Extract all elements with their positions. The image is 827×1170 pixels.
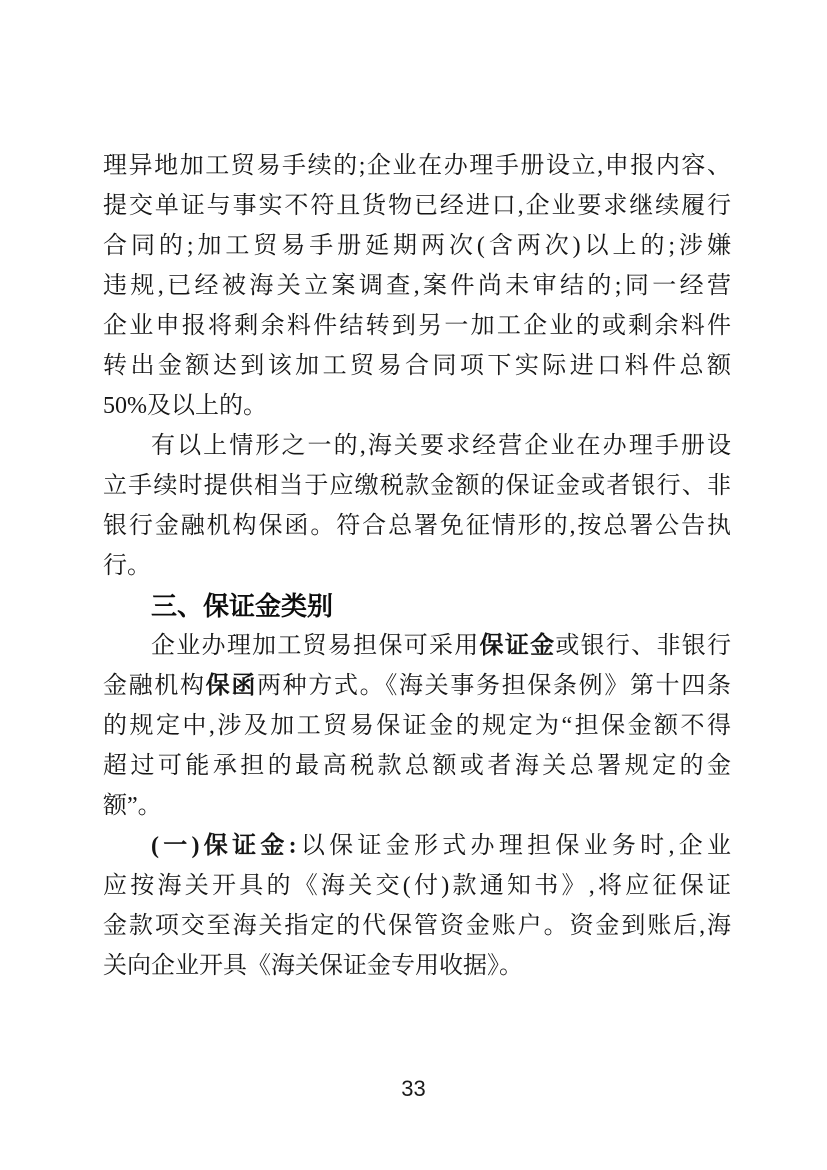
text-line: 50%及以上的。 (103, 386, 731, 426)
text-line: 有以上情形之一的,海关要求经营企业在办理手册设 (103, 426, 731, 466)
text-line: 金融机构保函两种方式。《海关事务担保条例》第十四条 (103, 666, 731, 706)
text-line: 合同的;加工贸易手册延期两次(含两次)以上的;涉嫌 (103, 226, 731, 266)
text-run: 有以上情形之一的,海关要求经营企业在办理手册设 (151, 433, 731, 459)
document-page: 理异地加工贸易手续的;企业在办理手册设立,申报内容、提交单证与事实不符且货物已经… (0, 0, 827, 1170)
text-run: 理异地加工贸易手续的;企业在办理手册设立,申报内容、 (103, 153, 731, 179)
text-line: 的规定中,涉及加工贸易保证金的规定为“担保金额不得 (103, 706, 731, 746)
page-footer: 33 (0, 1076, 827, 1102)
text-line: (一)保证金:以保证金形式办理担保业务时,企业 (103, 826, 731, 866)
text-line: 提交单证与事实不符且货物已经进口,企业要求继续履行 (103, 186, 731, 226)
text-line: 超过可能承担的最高税款总额或者海关总署规定的金 (103, 746, 731, 786)
text-line: 理异地加工贸易手续的;企业在办理手册设立,申报内容、 (103, 146, 731, 186)
text-line: 金款项交至海关指定的代保管资金账户。资金到账后,海 (103, 906, 731, 946)
text-run: 50%及以上的。 (103, 393, 267, 419)
text-run: 两种方式。《海关事务担保条例》第十四条 (257, 673, 731, 699)
page-number: 33 (401, 1076, 425, 1101)
text-run: 以保证金形式办理担保业务时,企业 (297, 833, 731, 859)
text-line: 银行金融机构保函。符合总署免征情形的,按总署公告执 (103, 506, 731, 546)
bold-text-run: 保证金 (480, 633, 556, 659)
document-body: 理异地加工贸易手续的;企业在办理手册设立,申报内容、提交单证与事实不符且货物已经… (103, 146, 731, 986)
text-run: 或银行、非银行 (555, 633, 731, 659)
bold-text-run: 三、保证金类别 (151, 591, 333, 621)
text-line: 关向企业开具《海关保证金专用收据》。 (103, 946, 731, 986)
text-run: 行。 (103, 553, 151, 579)
text-run: 转出金额达到该加工贸易合同项下实际进口料件总额 (103, 353, 731, 379)
text-line: 立手续时提供相当于应缴税款金额的保证金或者银行、非 (103, 466, 731, 506)
bold-text-run: (一)保证金: (151, 833, 297, 859)
text-run: 的规定中,涉及加工贸易保证金的规定为“担保金额不得 (103, 713, 731, 739)
text-run: 金款项交至海关指定的代保管资金账户。资金到账后,海 (103, 913, 731, 939)
text-run: 企业申报将剩余料件结转到另一加工企业的或剩余料件 (103, 313, 731, 339)
text-run: 立手续时提供相当于应缴税款金额的保证金或者银行、非 (103, 473, 731, 499)
text-line: 企业办理加工贸易担保可采用保证金或银行、非银行 (103, 626, 731, 666)
bold-text-run: 保函 (206, 673, 257, 699)
text-run: 关向企业开具《海关保证金专用收据》。 (103, 953, 523, 979)
text-line: 额”。 (103, 786, 731, 826)
text-run: 应按海关开具的《海关交(付)款通知书》,将应征保证 (103, 873, 731, 899)
text-line: 违规,已经被海关立案调查,案件尚未审结的;同一经营 (103, 266, 731, 306)
section-heading: 三、保证金类别 (103, 586, 731, 626)
text-run: 额”。 (103, 793, 162, 819)
text-run: 金融机构 (103, 673, 206, 699)
text-line: 行。 (103, 546, 731, 586)
text-run: 银行金融机构保函。符合总署免征情形的,按总署公告执 (103, 513, 731, 539)
text-run: 违规,已经被海关立案调查,案件尚未审结的;同一经营 (103, 273, 731, 299)
text-run: 提交单证与事实不符且货物已经进口,企业要求继续履行 (103, 193, 731, 219)
text-run: 合同的;加工贸易手册延期两次(含两次)以上的;涉嫌 (103, 233, 731, 259)
text-run: 超过可能承担的最高税款总额或者海关总署规定的金 (103, 753, 731, 779)
text-line: 企业申报将剩余料件结转到另一加工企业的或剩余料件 (103, 306, 731, 346)
text-line: 应按海关开具的《海关交(付)款通知书》,将应征保证 (103, 866, 731, 906)
text-line: 转出金额达到该加工贸易合同项下实际进口料件总额 (103, 346, 731, 386)
text-run: 企业办理加工贸易担保可采用 (151, 633, 480, 659)
